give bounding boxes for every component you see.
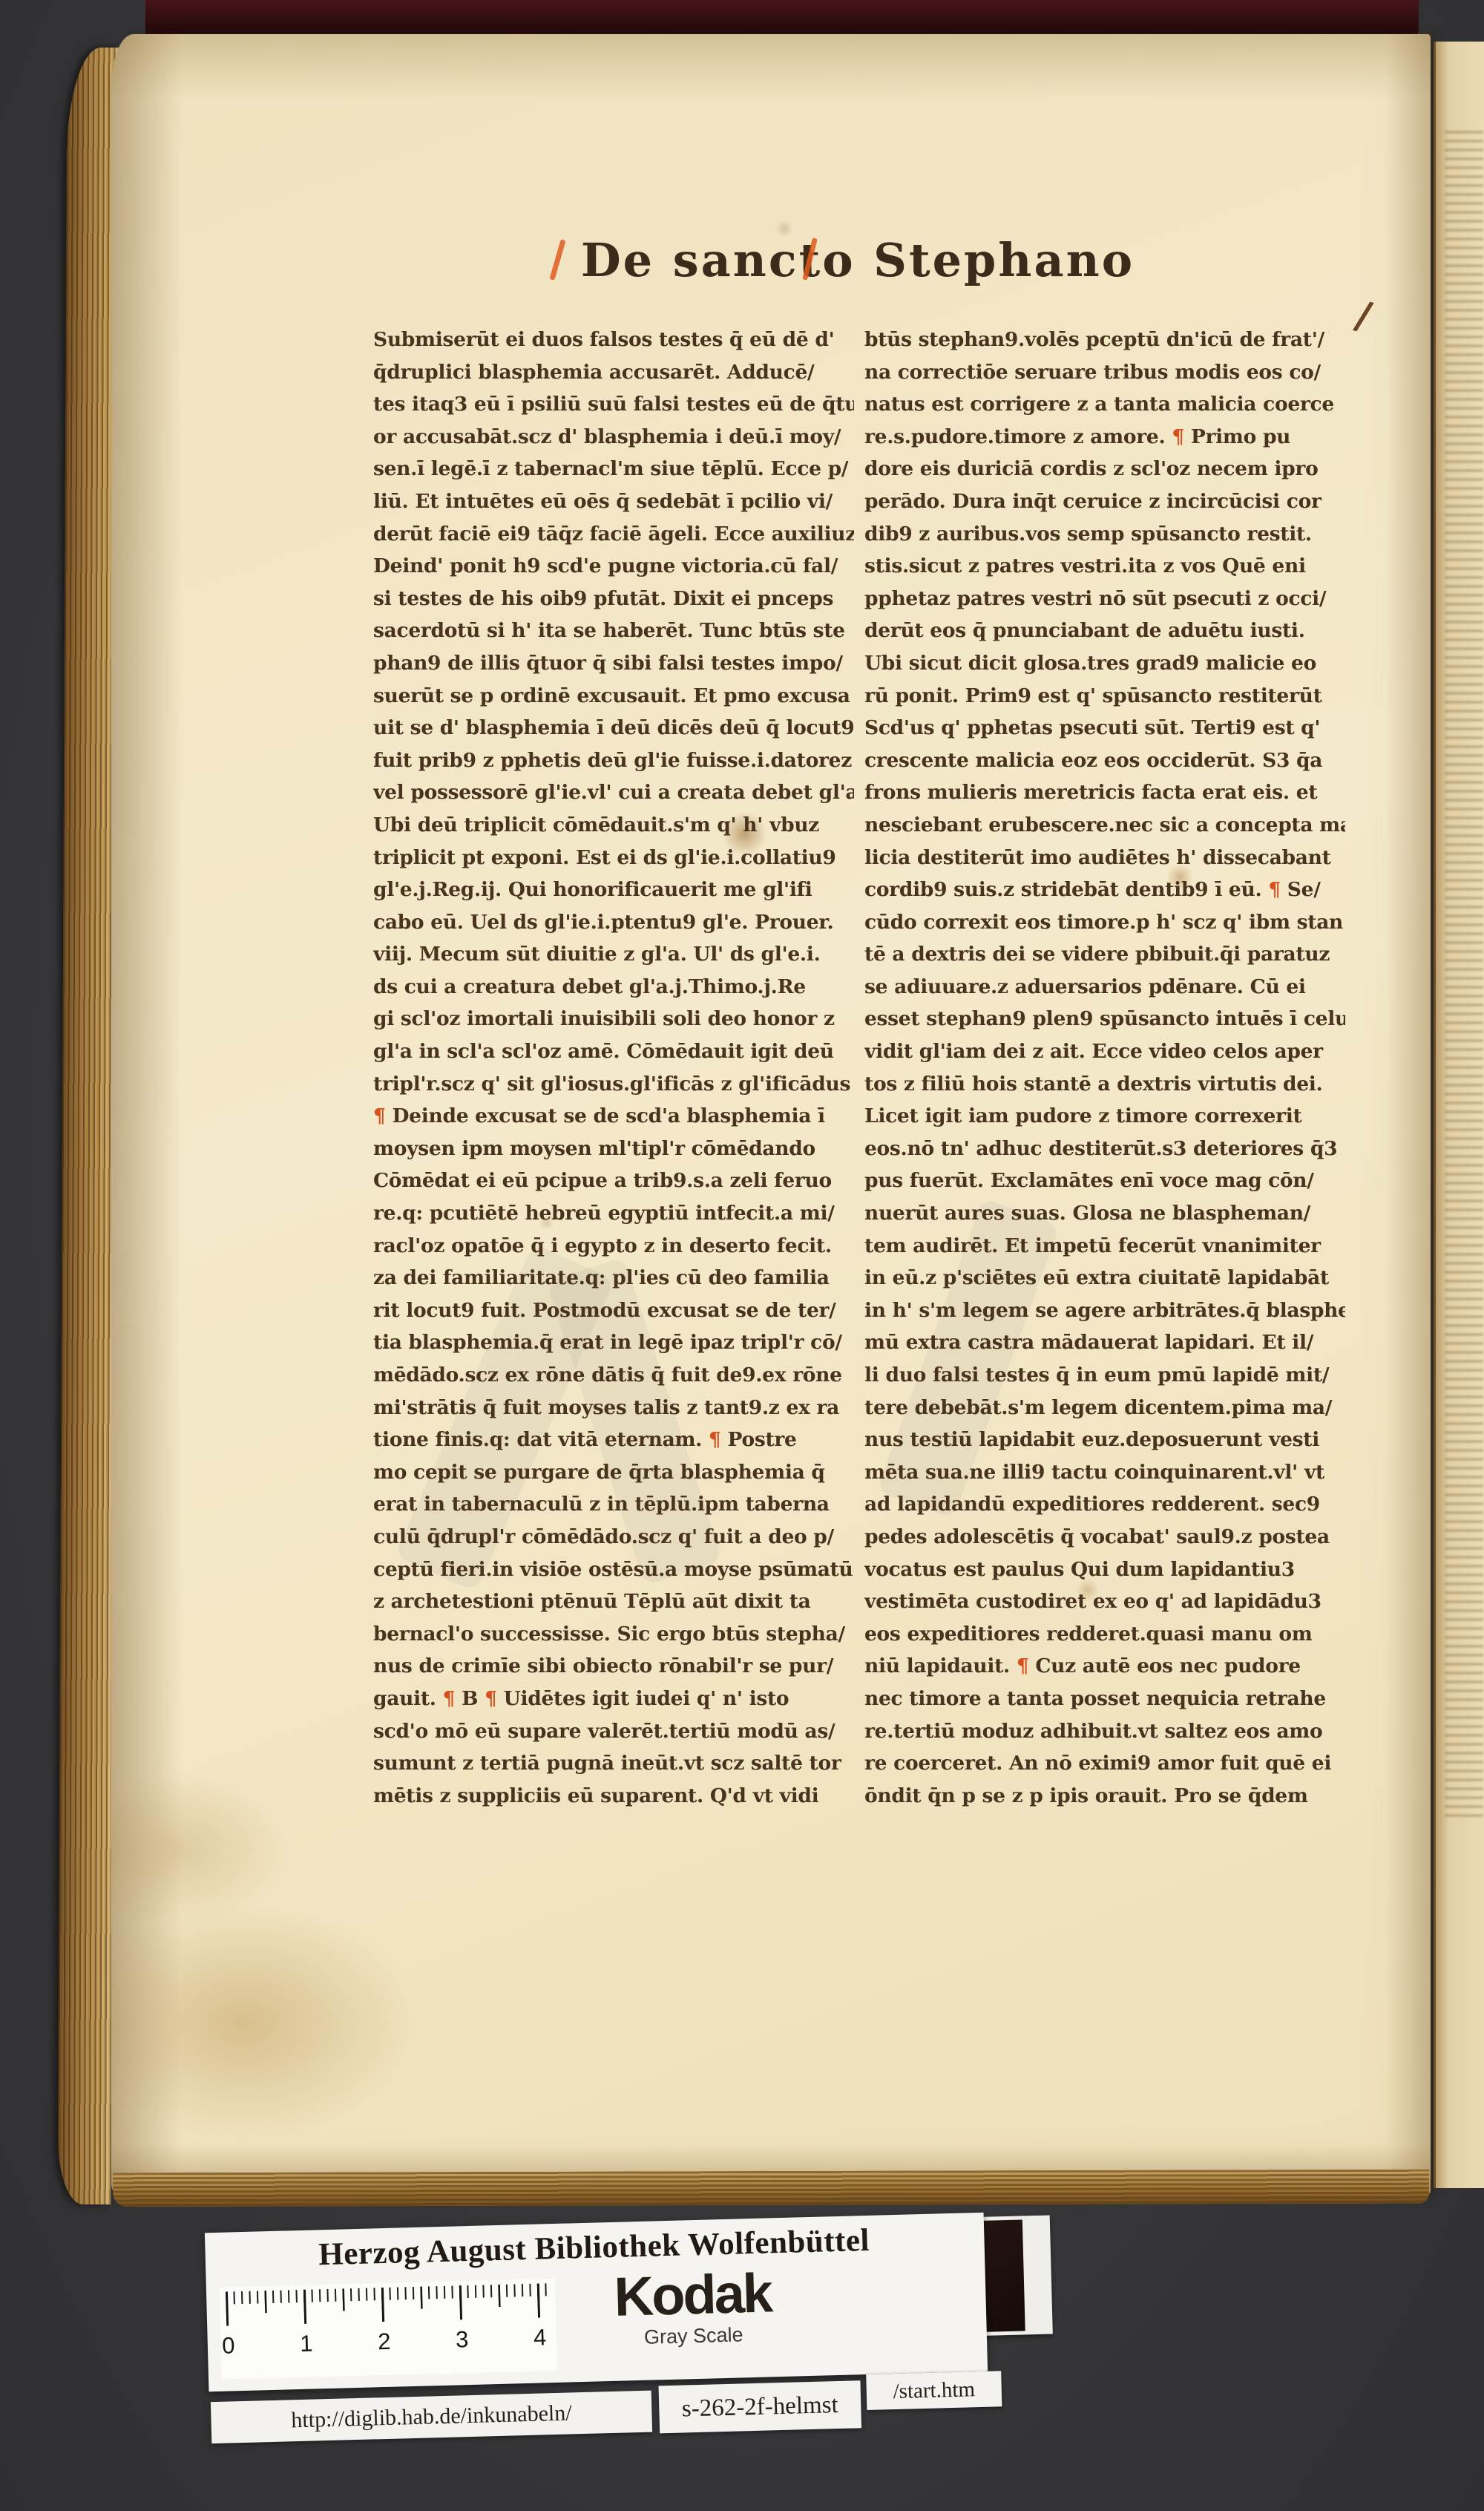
text-line: q̄druplici blasphemia accusarēt. Adducē/ bbox=[373, 356, 854, 389]
text-line: pus fuerūt. Exclamātes enī voce mag cōn/ bbox=[864, 1165, 1345, 1197]
text-column-left: Submiserūt ei duos falsos testes q̄ eū d… bbox=[373, 324, 854, 1812]
text-line: uit se d' blasphemia ī deū dicēs deū q̄ … bbox=[373, 712, 854, 744]
text-line: in eū.z p'sciētes eū extra ciuitatē lapi… bbox=[864, 1262, 1345, 1294]
text-line: triplicit pt exponi. Est ei ds gl'ie.i.c… bbox=[373, 842, 854, 874]
page-heading-text: De sancto Stephano bbox=[581, 233, 1135, 287]
ruler-number: 0 bbox=[216, 2333, 240, 2359]
text-line: tripl'r.scz q' sit gl'iosus.gl'ificās z … bbox=[373, 1068, 854, 1101]
pilcrow-rubric: ¶ bbox=[1172, 425, 1184, 448]
color-card-cluster: Herzog August Bibliothek Wolfenbüttel 01… bbox=[198, 2199, 1072, 2459]
text-line: btūs stephan9.volēs pceptū dn'icū de fra… bbox=[864, 324, 1345, 356]
text-line: scd'o mō eū supare valerēt.tertiū modū a… bbox=[373, 1715, 854, 1748]
ruler-labels: 01234 bbox=[226, 2325, 552, 2360]
text-line: pphetaz patres vestri nō sūt psecuti z o… bbox=[864, 583, 1345, 615]
cm-ruler: 01234 bbox=[220, 2279, 557, 2380]
text-line: li duo falsi testes q̄ in eum pmū lapidē… bbox=[864, 1359, 1345, 1392]
text-line: tes itaq3 eū ī psiliū suū falsi testes e… bbox=[373, 388, 854, 421]
text-line: derūt eos q̄ pnunciabant de aduētu iusti… bbox=[864, 615, 1345, 647]
text-line: viij. Mecum sūt diuitie z gl'a. Ul' ds g… bbox=[373, 938, 854, 971]
text-line: sacerdotū si h' ita se haberēt. Tunc btū… bbox=[373, 615, 854, 647]
text-line: vocatus est paulus Qui dum lapidantiu3 bbox=[864, 1554, 1345, 1586]
text-line: Ubi deū triplicit cōmēdauit.s'm q' h' vb… bbox=[373, 809, 854, 842]
rubrication-stroke bbox=[549, 239, 565, 281]
text-line: Cōmēdat ei eū pcipue a trib9.s.a zeli fe… bbox=[373, 1165, 854, 1197]
text-line: derūt faciē ei9 tāq̄z faciē āgeli. Ecce … bbox=[373, 518, 854, 551]
text-line: vestimēta custodiret ex eo q' ad lapidād… bbox=[864, 1585, 1345, 1618]
page-bottom-edge bbox=[113, 2170, 1429, 2207]
text-line: mo cepit se purgare de q̄rta blasphemia … bbox=[373, 1456, 854, 1489]
text-line: gi scl'oz imortali inuisibili soli deo h… bbox=[373, 1003, 854, 1035]
page-heading: De sancto Stephano bbox=[371, 238, 1345, 284]
text-line: pedes adolescētis q̄ vocabat' saul9.z po… bbox=[864, 1521, 1345, 1554]
text-line: mētis z suppliciis eū suparent. Q'd vt v… bbox=[373, 1780, 854, 1813]
text-line: Deind' ponit h9 scd'e pugne victoria.cū … bbox=[373, 550, 854, 583]
text-line: za dei familiaritate.q: pl'ies cū deo fa… bbox=[373, 1262, 854, 1294]
text-line: tere debebāt.s'm legem dicentem.pima ma/ bbox=[864, 1392, 1345, 1424]
text-line: natus est corrigere z a tanta malicia co… bbox=[864, 388, 1345, 421]
text-line: cūdo correxit eos timore.p h' scz q' ibm… bbox=[864, 906, 1345, 939]
text-line: cabo eū. Uel ds gl'ie.i.ptentu9 gl'e. Pr… bbox=[373, 906, 854, 939]
pilcrow-rubric: ¶ bbox=[1017, 1654, 1029, 1677]
text-line: si testes de his oib9 pfutāt. Dixit ei p… bbox=[373, 583, 854, 615]
text-line: nuerūt aures suas. Glosa ne blaspheman/ bbox=[864, 1197, 1345, 1230]
text-line: Licet igit iam pudore z timore correxeri… bbox=[864, 1100, 1345, 1133]
text-line: esset stephan9 plen9 spūsancto intuēs ī … bbox=[864, 1003, 1345, 1035]
library-name: Herzog August Bibliothek Wolfenbüttel bbox=[218, 2219, 970, 2276]
text-line: phan9 de illis q̄tuor q̄ sibi falsi test… bbox=[373, 647, 854, 680]
text-line: z archetestioni ptēnuū Tēplū aūt dixit t… bbox=[373, 1585, 854, 1618]
text-line: nus testiū lapidabit euz.deposuerunt ves… bbox=[864, 1424, 1345, 1456]
text-line: Ubi sicut dicit glosa.tres grad9 malicie… bbox=[864, 647, 1345, 680]
text-line: nus de crimīe sibi obiecto rōnabil'r se … bbox=[373, 1650, 854, 1683]
text-line: na correctiōe seruare tribus modis eos c… bbox=[864, 356, 1345, 389]
text-line: suerūt se p ordinē excusauit. Et pmo exc… bbox=[373, 680, 854, 713]
text-line: stis.sicut z patres vestri.ita z vos Quē… bbox=[864, 550, 1345, 583]
text-line: tione finis.q: dat vitā eternam. ¶ Postr… bbox=[373, 1424, 854, 1456]
text-line: vel possessorē gl'ie.vl' cui a creata de… bbox=[373, 776, 854, 809]
next-page-edge bbox=[1434, 42, 1484, 2188]
ruler-ticks bbox=[226, 2283, 551, 2327]
pilcrow-rubric: ¶ bbox=[443, 1687, 456, 1710]
text-line: or accusabāt.scz d' blasphemia i deū.ī m… bbox=[373, 421, 854, 454]
text-line: ds cui a creatura debet gl'a.j.Thimo.j.R… bbox=[373, 971, 854, 1004]
kodak-card: Herzog August Bibliothek Wolfenbüttel 01… bbox=[205, 2213, 988, 2391]
text-block: Submiserūt ei duos falsos testes q̄ eū d… bbox=[373, 324, 1345, 1812]
text-line: gl'a in scl'a scl'oz amē. Cōmēdauit igit… bbox=[373, 1035, 854, 1068]
text-line: dore eis duriciā cordis z scl'oz necem i… bbox=[864, 453, 1345, 485]
text-line: nesciebant erubescere.nec sic a concepta… bbox=[864, 809, 1345, 842]
text-line: nec timore a tanta posset nequicia retra… bbox=[864, 1683, 1345, 1715]
text-line: crescente malicia eoz eos occiderūt. S3 … bbox=[864, 744, 1345, 777]
ruler-number: 3 bbox=[450, 2327, 474, 2353]
pilcrow-rubric: ¶ bbox=[485, 1687, 497, 1710]
text-line: mēdādo.scz ex rōne dātis q̄ fuit de9.ex … bbox=[373, 1359, 854, 1392]
url-prefix-strip: http://diglib.hab.de/inkunabeln/ bbox=[211, 2391, 652, 2444]
text-line: erat in tabernaculū z in tēplū.ipm taber… bbox=[373, 1488, 854, 1521]
text-line: liū. Et intuētes eū oēs q̄ sedebāt ī pci… bbox=[373, 485, 854, 518]
text-line: sen.ī legē.ī z tabernacl'm siue tēplū. E… bbox=[373, 453, 854, 485]
text-line: mū extra castra mādauerat lapidari. Et i… bbox=[864, 1326, 1345, 1359]
text-line: re.s.pudore.timore z amore. ¶ Primo pu bbox=[864, 421, 1345, 454]
book-top-edge bbox=[145, 0, 1419, 37]
text-line: rit locut9 fuit. Postmodū excusat se de … bbox=[373, 1294, 854, 1327]
text-line: bernacl'o successisse. Sic ergo btūs ste… bbox=[373, 1618, 854, 1651]
text-line: re.q: pcutiētē hebreū egyptiū intfecit.a… bbox=[373, 1197, 854, 1230]
text-line: mi'strātis q̄ fuit moyses talis z tant9.… bbox=[373, 1392, 854, 1424]
text-line: ōndit q̄n p se z p ipis orauit. Pro se q… bbox=[864, 1780, 1345, 1813]
ruler-number: 4 bbox=[528, 2325, 552, 2351]
pilcrow-rubric: ¶ bbox=[1268, 878, 1281, 901]
text-line: moysen ipm moysen ml'tipl'r cōmēdando bbox=[373, 1133, 854, 1165]
text-line: re.tertiū moduz adhibuit.vt saltez eos a… bbox=[864, 1715, 1345, 1748]
kodak-brand: Kodak bbox=[556, 2264, 829, 2326]
text-line: dib9 z auribus.vos semp spūsancto restit… bbox=[864, 518, 1345, 551]
text-line: eos expeditiores redderet.quasi manu om bbox=[864, 1618, 1345, 1651]
text-line: tē a dextris dei se videre pbibuit.q̄i p… bbox=[864, 938, 1345, 971]
text-line: fuit prib9 z pphetis deū gl'ie fuisse.i.… bbox=[373, 744, 854, 777]
kodak-logo-block: Kodak Gray Scale bbox=[556, 2264, 830, 2352]
text-line: vidit gl'iam dei z ait. Ecce video celos… bbox=[864, 1035, 1345, 1068]
text-line: re coerceret. An nō eximi9 amor fuit quē… bbox=[864, 1747, 1345, 1780]
text-line: rū ponit. Prim9 est q' spūsancto restite… bbox=[864, 680, 1345, 713]
text-line: licia destiterūt imo audiētes h' disseca… bbox=[864, 842, 1345, 874]
text-line: tos z filiū hois stantē a dextris virtut… bbox=[864, 1068, 1345, 1101]
text-line: racl'oz opatōe q̄ i egypto z in deserto … bbox=[373, 1230, 854, 1263]
shelfmark-strip: s-262-2f-helmst bbox=[659, 2380, 862, 2433]
text-line: tem audirēt. Et impetū fecerūt vnanimite… bbox=[864, 1230, 1345, 1263]
ruler-number: 2 bbox=[372, 2329, 396, 2355]
text-line: sumunt z tertiā pugnā ineūt.vt scz saltē… bbox=[373, 1747, 854, 1780]
text-line: tia blasphemia.q̄ erat in legē ipaz trip… bbox=[373, 1326, 854, 1359]
text-line: culū q̄drupl'r cōmēdādo.scz q' fuit a de… bbox=[373, 1521, 854, 1554]
text-line: ad lapidandū expeditiores redderent. sec… bbox=[864, 1488, 1345, 1521]
text-line: ¶ Deinde excusat se de scd'a blasphemia … bbox=[373, 1100, 854, 1133]
text-line: gl'e.j.Reg.ij. Qui honorificauerit me gl… bbox=[373, 874, 854, 906]
text-line: niū lapidauit. ¶ Cuz autē eos nec pudore bbox=[864, 1650, 1345, 1683]
text-line: Scd'us q' pphetas psecuti sūt. Terti9 es… bbox=[864, 712, 1345, 744]
text-line: ceptū fieri.in visiōe ostēsū.a moyse psū… bbox=[373, 1554, 854, 1586]
pilcrow-rubric: ¶ bbox=[709, 1428, 721, 1451]
url-suffix-strip: /start.htm bbox=[866, 2371, 1002, 2410]
text-line: gauit. ¶ B ¶ Uidētes igit iudei q' n' is… bbox=[373, 1683, 854, 1715]
text-line: eos.nō tn' adhuc destiterūt.s3 deteriore… bbox=[864, 1133, 1345, 1165]
pilcrow-rubric: ¶ bbox=[373, 1104, 386, 1127]
text-line: perādo. Dura inq̄t ceruice z incircūcisi… bbox=[864, 485, 1345, 518]
gray-scale-label: Gray Scale bbox=[557, 2320, 830, 2352]
ruler-number: 1 bbox=[294, 2331, 318, 2357]
text-line: cordib9 suis.z stridebāt dentib9 ī eū. ¶… bbox=[864, 874, 1345, 906]
text-line: in h' s'm legem se agere arbitrātes.q̄ b… bbox=[864, 1294, 1345, 1327]
text-line: frons mulieris meretricis facta erat eis… bbox=[864, 776, 1345, 809]
text-column-right: btūs stephan9.volēs pceptū dn'icū de fra… bbox=[864, 324, 1345, 1812]
text-line: se adiuuare.z aduersarios pdēnare. Cū ei bbox=[864, 971, 1345, 1004]
text-line: Submiserūt ei duos falsos testes q̄ eū d… bbox=[373, 324, 854, 356]
text-line: mēta sua.ne illi9 tactu coinquinarent.vl… bbox=[864, 1456, 1345, 1489]
